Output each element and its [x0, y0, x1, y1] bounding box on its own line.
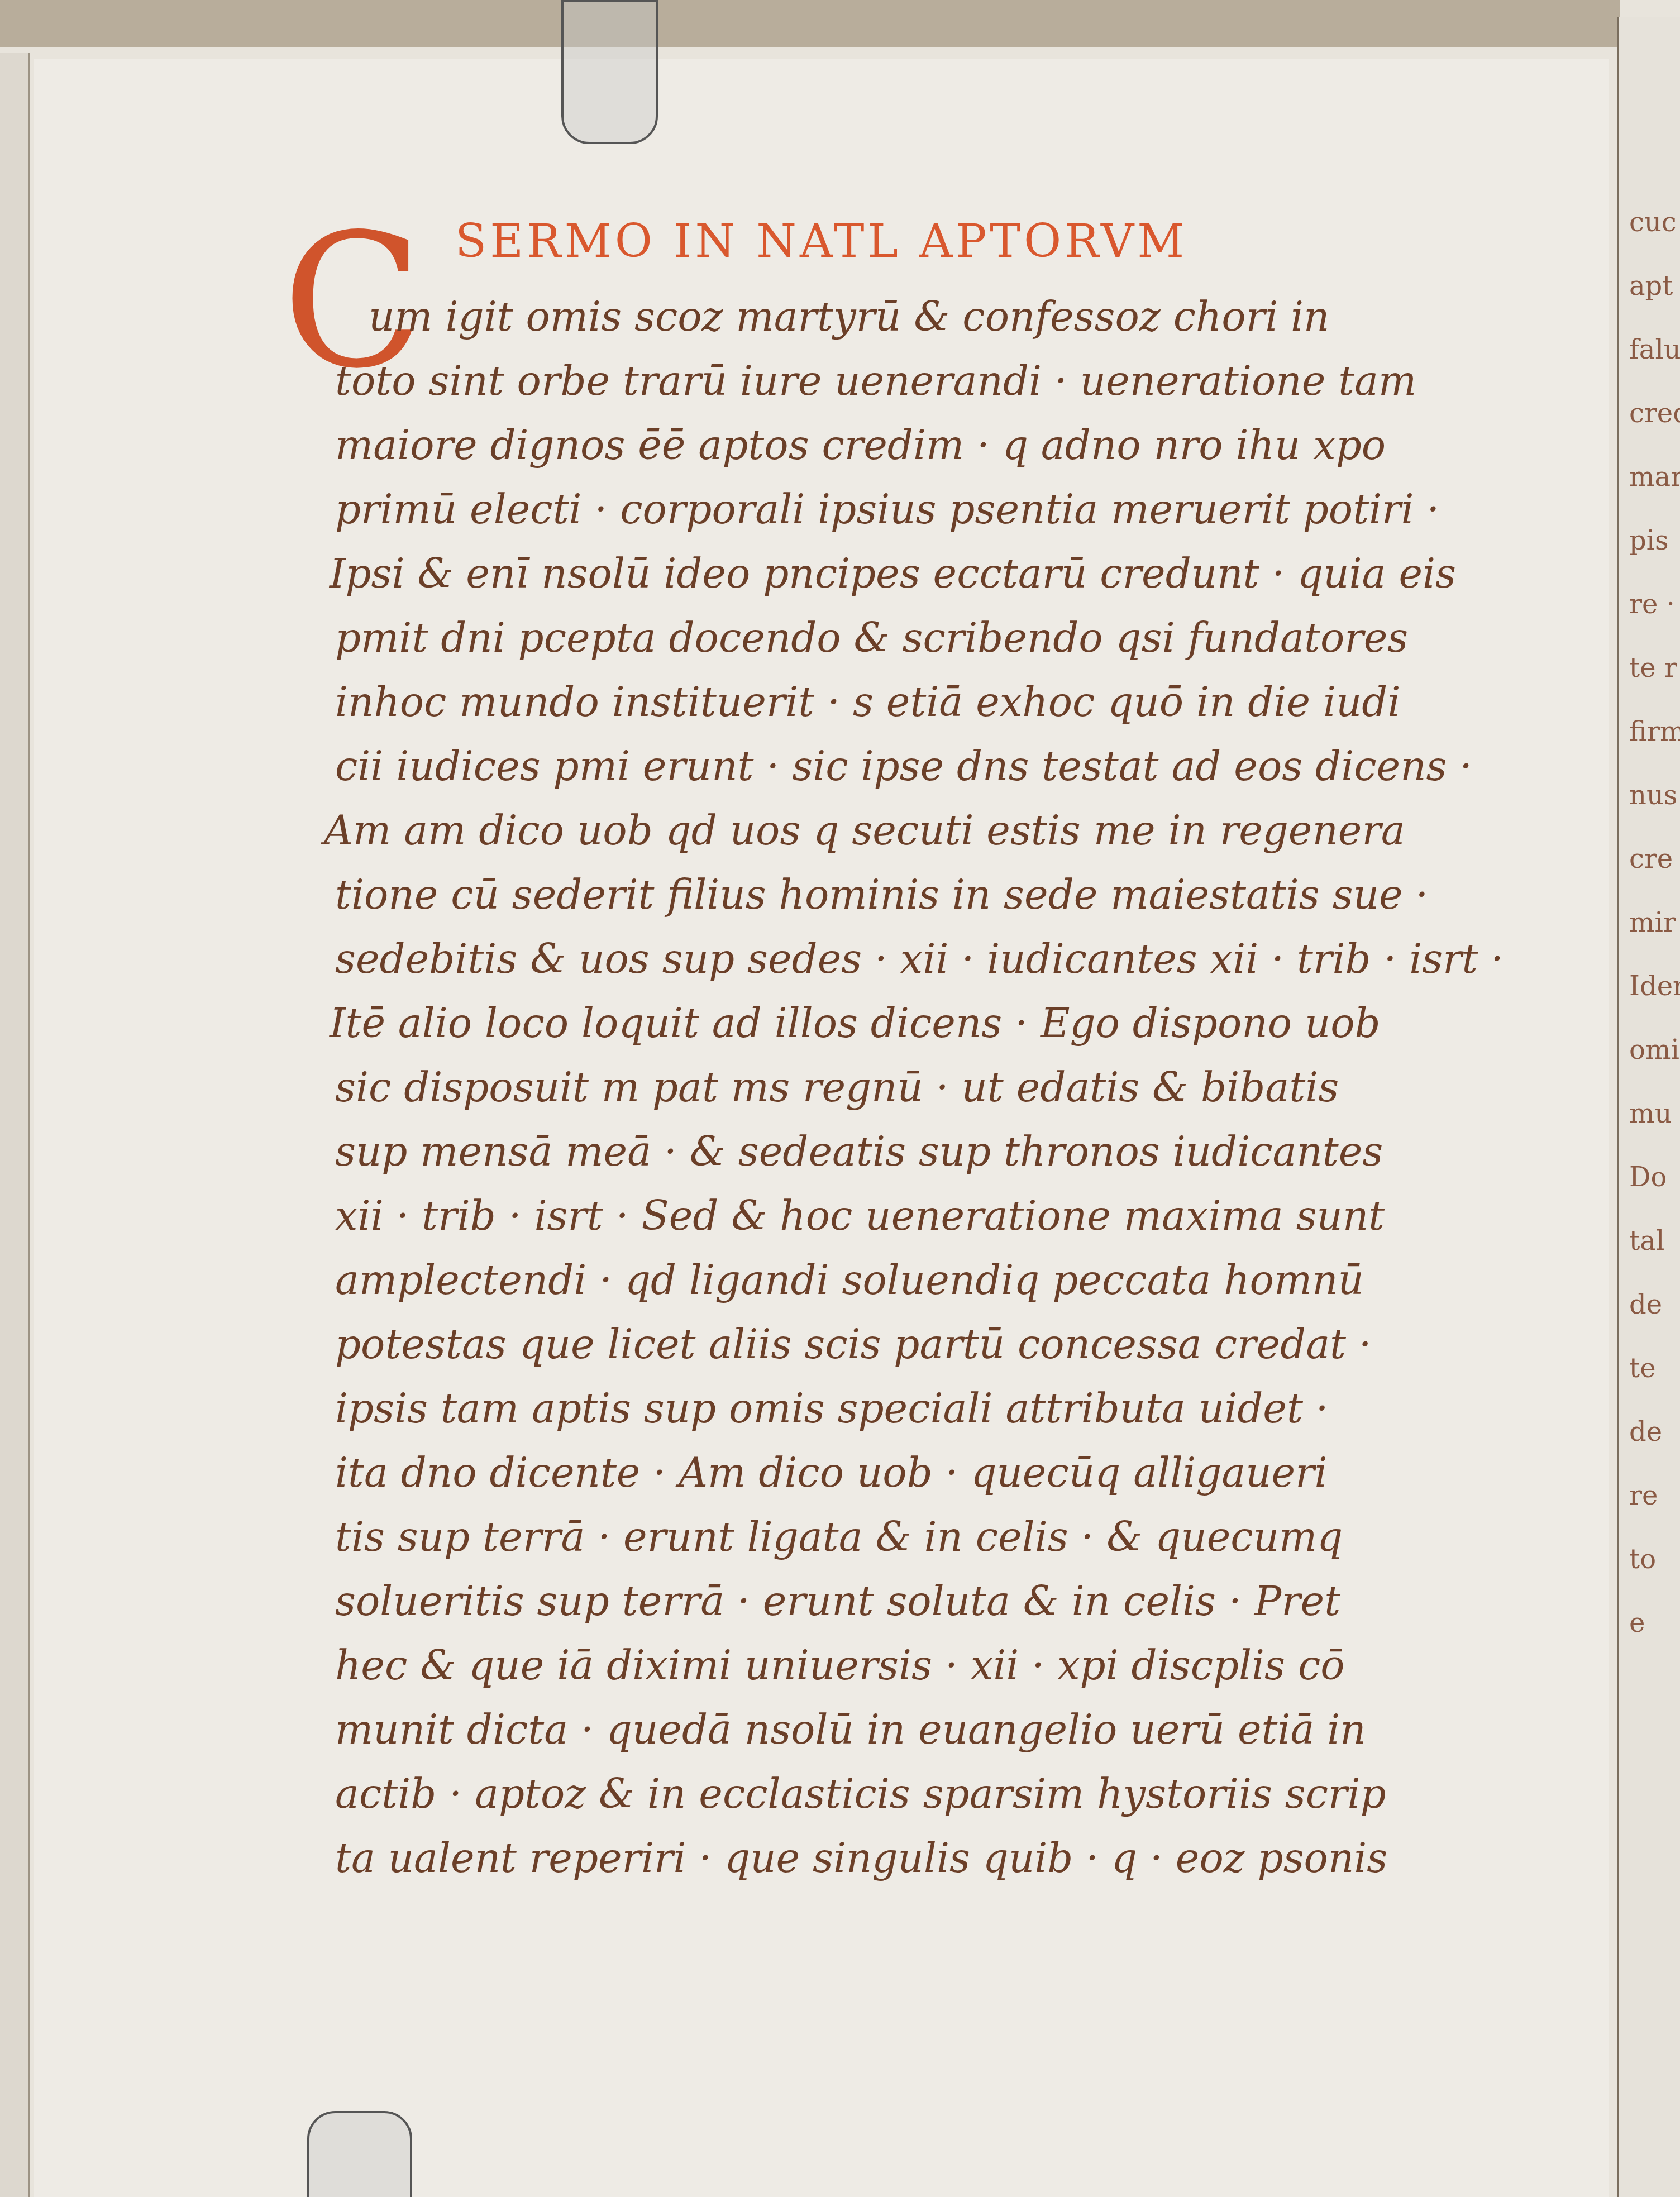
facing-page-fragment: Iden [1629, 971, 1680, 1002]
page-clip-top [561, 0, 658, 144]
text-line: munit dicta · quedā nsolū in euangelio u… [335, 1706, 1366, 1753]
facing-page-fragment: re · [1629, 589, 1675, 620]
facing-page-fragment: cred [1629, 398, 1680, 429]
text-line: toto sint orbe trarū iure uenerandi · ue… [335, 357, 1416, 404]
facing-page-fragment: pis [1629, 525, 1669, 556]
facing-page-fragment: te r [1629, 652, 1677, 684]
text-line: tis sup terrā · erunt ligata & in celis … [335, 1513, 1343, 1560]
facing-page-fragment: firm [1629, 716, 1680, 747]
facing-page-fragment: mar [1629, 461, 1680, 493]
text-line: sup mensā meā · & sedeatis sup thronos i… [335, 1128, 1383, 1175]
text-line: primū electi · corporali ipsius psentia … [335, 486, 1439, 533]
text-line: maiore dignos ēē aptos credim · q adno n… [335, 422, 1386, 469]
text-line: um igit omis scoz martyrū & confessoz ch… [369, 293, 1329, 340]
facing-page-fragment: de [1629, 1289, 1662, 1320]
text-line: ita dno dicente · Am dico uob · quecūq a… [335, 1449, 1328, 1496]
facing-page-fragment: falu [1629, 334, 1680, 365]
text-line: Ipsi & enī nsolū ideo pncipes ecctarū cr… [330, 550, 1456, 597]
text-line: hec & que iā diximi uniuersis · xii · xp… [335, 1642, 1345, 1689]
facing-page-fragment: cuc [1629, 207, 1677, 238]
text-line: Am am dico uob qd uos q secuti estis me … [324, 807, 1405, 854]
rubric-heading: SERMO IN NATL APTORVM [455, 215, 1187, 268]
text-line: ta ualent reperiri · que singulis quib ·… [335, 1835, 1387, 1881]
facing-page-fragment: e [1629, 1607, 1645, 1639]
facing-page-fragment: mir [1629, 907, 1676, 938]
facing-page-fragment: nus [1629, 780, 1677, 811]
text-line: inhoc mundo instituerit · s etiā exhoc q… [335, 679, 1400, 725]
page-clip-bottom [307, 2111, 412, 2197]
facing-page-fragment: de [1629, 1416, 1662, 1448]
facing-page-fragment: Do [1629, 1162, 1667, 1193]
text-line: xii · trib · isrt · Sed & hoc ueneration… [335, 1192, 1385, 1239]
book-spine-edge [0, 53, 30, 2197]
text-line: sic disposuit m pat ms regnū · ut edatis… [335, 1064, 1339, 1111]
book-edge-top [0, 0, 1620, 47]
facing-page-edge: cucaptfalucredmarpisre ·te rfirmnuscremi… [1617, 17, 1680, 2197]
text-line: ipsis tam aptis sup omis speciali attrib… [335, 1385, 1329, 1432]
facing-page-fragment: te [1629, 1353, 1656, 1384]
text-line: amplectendi · qd ligandi soluendiq pecca… [335, 1257, 1364, 1303]
text-line: tione cū sederit filius hominis in sede … [335, 871, 1428, 918]
text-line: Itē alio loco loquit ad illos dicens · E… [330, 1000, 1381, 1047]
text-line: solueritis sup terrā · erunt soluta & in… [335, 1578, 1340, 1625]
facing-page-fragment: omi [1629, 1034, 1679, 1066]
text-line: actib · aptoz & in ecclasticis sparsim h… [335, 1770, 1386, 1817]
facing-page-fragment: mu [1629, 1098, 1672, 1129]
text-line: potestas que licet aliis scis partū conc… [335, 1321, 1372, 1368]
text-line: pmit dni pcepta docendo & scribendo qsi … [335, 614, 1408, 661]
facing-page-fragment: apt [1629, 270, 1673, 302]
facing-page-fragment: to [1629, 1544, 1656, 1575]
facing-page-fragment: re [1629, 1480, 1658, 1511]
text-line: cii iudices pmi erunt · sic ipse dns tes… [335, 743, 1472, 790]
facing-page-fragment: tal [1629, 1225, 1664, 1257]
facing-page-fragment: cre [1629, 843, 1673, 875]
text-line: sedebitis & uos sup sedes · xii · iudica… [335, 935, 1504, 982]
